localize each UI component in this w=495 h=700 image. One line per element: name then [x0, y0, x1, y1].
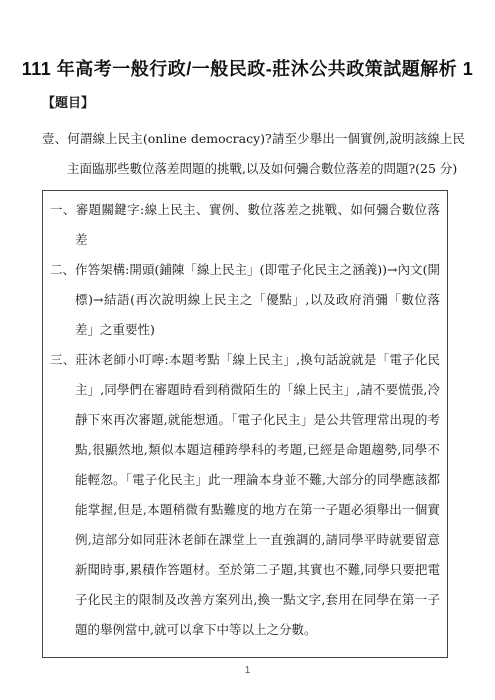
document-page: 111 年高考一般行政/一般民政-莊沐公共政策試題解析 1 【題目】 壹、何謂線… — [0, 0, 495, 700]
question-section-label: 【題目】 — [42, 95, 495, 113]
content-area: 壹、何謂線上民主(online democracy)?請至少舉出一個實例,說明該… — [0, 124, 495, 658]
analysis-item-teacher-note: 三、莊沐老師小叮嚀:本題考點「線上民主」,換句話說就是「電子化民主」,同學們在審… — [50, 345, 440, 645]
page-title: 111 年高考一般行政/一般民政-莊沐公共政策試題解析 1 — [20, 57, 475, 81]
analysis-box: 一、審題關鍵字:線上民主、實例、數位落差之挑戰、如何彌合數位落差 二、作答架構:… — [42, 190, 448, 658]
page-number: 1 — [0, 665, 495, 676]
analysis-item-keywords: 一、審題關鍵字:線上民主、實例、數位落差之挑戰、如何彌合數位落差 — [50, 195, 440, 255]
question-text: 壹、何謂線上民主(online democracy)?請至少舉出一個實例,說明該… — [42, 124, 465, 184]
analysis-item-answer-structure: 二、作答架構:開頭(鋪陳「線上民主」(即電子化民主之涵義))→內文(開標)→結語… — [50, 255, 440, 345]
